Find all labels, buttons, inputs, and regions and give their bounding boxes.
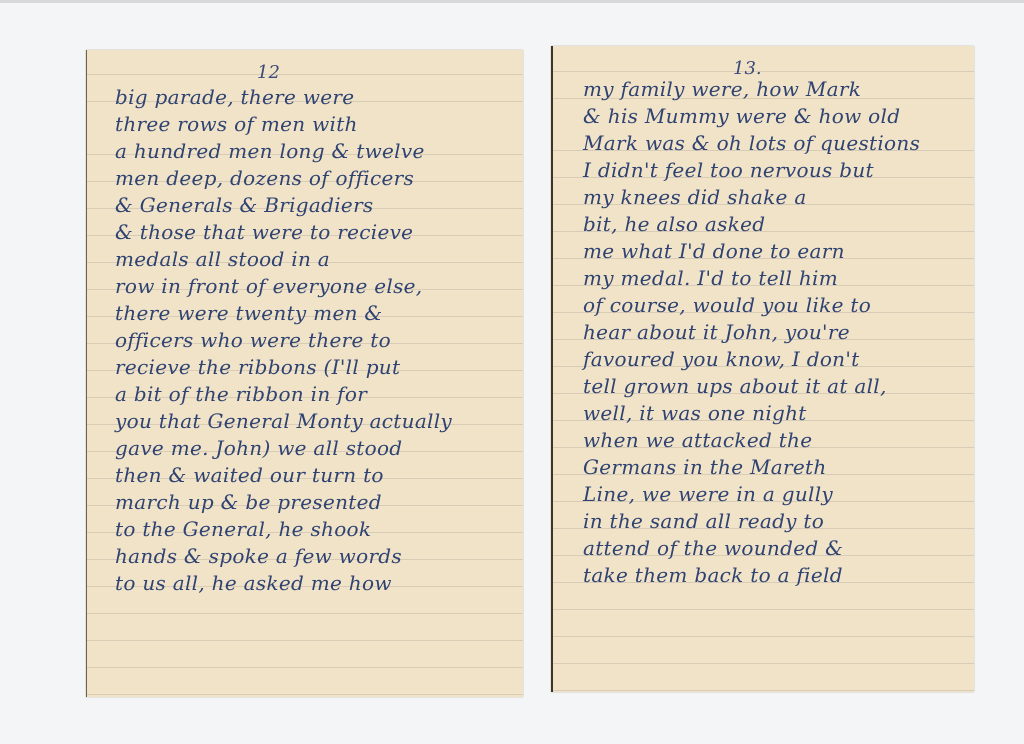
text-line: when we attacked the (583, 427, 960, 454)
text-line: well, it was one night (583, 400, 960, 427)
text-line: attend of the wounded & (583, 535, 960, 562)
text-line: Line, we were in a gully (583, 481, 960, 508)
text-line: favoured you know, I don't (583, 346, 960, 373)
text-line: a bit of the ribbon in for (115, 381, 509, 408)
text-line: tell grown ups about it at all, (583, 373, 960, 400)
text-line: bit, he also asked (583, 211, 960, 238)
text-line: & those that were to recieve (115, 219, 509, 246)
text-line: Germans in the Mareth (583, 454, 960, 481)
text-line: row in front of everyone else, (115, 273, 509, 300)
text-line: Mark was & oh lots of questions (583, 130, 960, 157)
text-line: of course, would you like to (583, 292, 960, 319)
scanner-edge (0, 0, 1024, 3)
text-line: men deep, dozens of officers (115, 165, 509, 192)
text-line: take them back to a field (583, 562, 960, 589)
text-line: march up & be presented (115, 489, 509, 516)
text-line: in the sand all ready to (583, 508, 960, 535)
text-line: big parade, there were (115, 84, 509, 111)
text-line: my family were, how Mark (583, 76, 960, 103)
text-line: then & waited our turn to (115, 462, 509, 489)
text-line: three rows of men with (115, 111, 509, 138)
text-line: hands & spoke a few words (115, 543, 509, 570)
text-line: hear about it John, you're (583, 319, 960, 346)
handwritten-text: big parade, there were three rows of men… (115, 84, 509, 597)
text-line: & his Mummy were & how old (583, 103, 960, 130)
text-line: you that General Monty actually (115, 408, 509, 435)
text-line: me what I'd done to earn (583, 238, 960, 265)
text-line: to the General, he shook (115, 516, 509, 543)
text-line: to us all, he asked me how (115, 570, 509, 597)
text-line: there were twenty men & (115, 300, 509, 327)
text-line: a hundred men long & twelve (115, 138, 509, 165)
handwritten-text: my family were, how Mark & his Mummy wer… (583, 76, 960, 589)
text-line: recieve the ribbons (I'll put (115, 354, 509, 381)
text-line: I didn't feel too nervous but (583, 157, 960, 184)
text-line: my medal. I'd to tell him (583, 265, 960, 292)
text-line: medals all stood in a (115, 246, 509, 273)
letter-page-12: 12 big parade, there were three rows of … (86, 50, 523, 697)
text-line: my knees did shake a (583, 184, 960, 211)
letter-page-13: 13. my family were, how Mark & his Mummy… (551, 46, 974, 692)
page-number: 12 (257, 62, 280, 83)
text-line: & Generals & Brigadiers (115, 192, 509, 219)
text-line: officers who were there to (115, 327, 509, 354)
text-line: gave me. John) we all stood (115, 435, 509, 462)
